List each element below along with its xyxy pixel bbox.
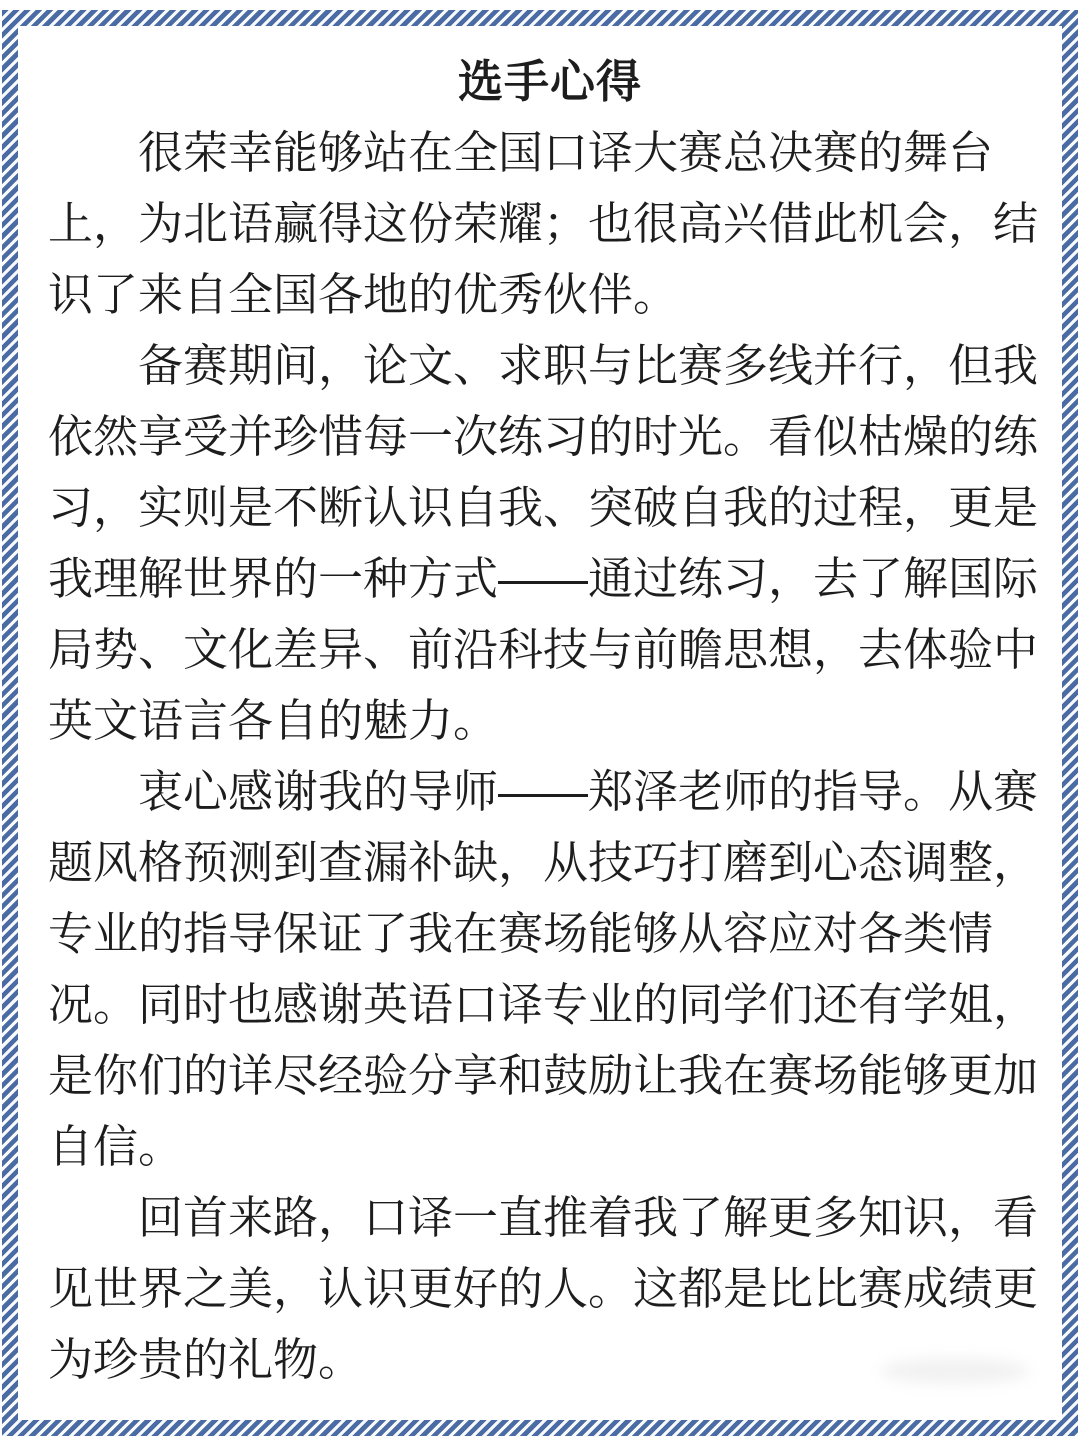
paragraph-2: 备赛期间，论文、求职与比赛多线并行，但我 依然享受并珍惜每一次练习的时光。看似枯… <box>48 330 1052 756</box>
paragraph-4: 回首来路，口译一直推着我了解更多知识，看 见世界之美，认识更好的人。这都是比比赛… <box>48 1182 1052 1395</box>
paragraph-1: 很荣幸能够站在全国口译大赛总决赛的舞台 上，为北语赢得这份荣耀；也很高兴借此机会… <box>48 117 1052 330</box>
content-card: 选手心得 很荣幸能够站在全国口译大赛总决赛的舞台 上，为北语赢得这份荣耀；也很高… <box>18 26 1062 1420</box>
striped-border-frame: 选手心得 很荣幸能够站在全国口译大赛总决赛的舞台 上，为北语赢得这份荣耀；也很高… <box>2 10 1078 1436</box>
page-title: 选手心得 <box>48 46 1052 117</box>
paragraph-3: 衷心感谢我的导师——郑泽老师的指导。从赛 题风格预测到查漏补缺，从技巧打磨到心态… <box>48 756 1052 1182</box>
